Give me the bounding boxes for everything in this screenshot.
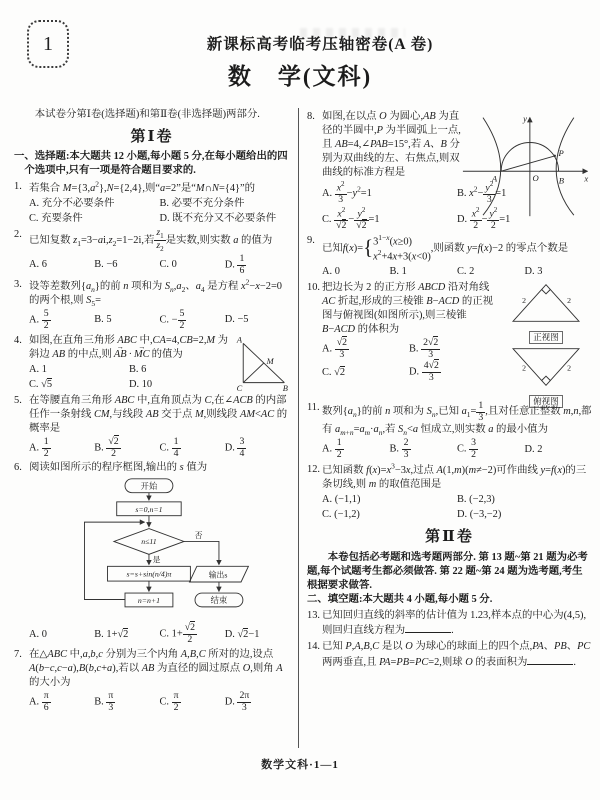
q10-front-view: 2 2 [502,281,590,325]
question-10-text: 把边长为 2 的正方形 ABCD 沿对角线 AC 折起,形成的三棱锥 B−ACD… [322,281,496,337]
question-9: 9. 已知f(x)={31−x(x≥0)x2+4x+3(x<0),则函数 y=f… [307,234,592,279]
question-11: 11. 数列{an}的前 n 项和为 Sn,已知 a1=13,且对任意正整数 m… [307,401,592,461]
question-12-option-c: C. (−1,2) [322,508,457,522]
q10-views-figure: 2 2 正视图 2 2 俯视图 [500,281,592,409]
two-column-body: 本试卷分第Ⅰ卷(选择题)和第Ⅱ卷(非选择题)两部分. 第Ⅰ卷 一、选择题:本大题… [14,108,592,748]
question-3-option-d: D. −5 [225,313,290,327]
paper-number: 1 [43,33,53,56]
question-13: 13. 已知回归直线的斜率的估计值为 1.23,样本点的中心为(4,5),则回归… [307,609,592,638]
question-10-options-row1: A. √23 B. 2√23 [322,338,496,361]
question-6-number: 6. [14,461,22,475]
right-column: 8. y [299,108,592,748]
flowchart-increment: n=n+1 [137,597,159,606]
question-6-option-c: C. 1+√22 [160,623,225,646]
question-3-option-c: C. −52 [160,309,225,332]
question-5-option-b: B. √22 [94,437,159,460]
paper-title: 新课标高考临考压轴密卷(A 卷) [70,32,570,54]
flowchart-output: 输出s [208,570,227,580]
question-12-text: 已知函数 f(x)=x3−3x,过点 A(1,m)(m≠−2)可作曲线 y=f(… [322,465,586,490]
question-14-number: 14. [307,640,320,654]
question-1-options-row1: A. 充分不必要条件 B. 必要不充分条件 [29,197,290,211]
question-1-number: 1. [14,180,22,194]
question-10-option-b: B. 2√23 [409,338,496,361]
flowchart-wrapper: 开始 s=0,n=1 n≤11 是 否 s=s+sin(n/4)π n=n+1 … [29,477,290,622]
question-7-option-b: B. π3 [94,691,159,714]
question-3: 3. 设等差数列{an}的前 n 项和为 Sn,a2、a4 是方程 x2−x−2… [14,278,290,331]
question-9-option-b: B. 1 [390,265,458,279]
part1-heading: 第Ⅰ卷 [14,127,290,147]
question-10-options-row2: C. √2 D. 4√23 [322,361,496,384]
q4-label-a: A [236,335,243,344]
question-11-option-b: B. 23 [390,438,458,461]
question-7-options: A. π6 B. π3 C. π2 D. 2π3 [29,691,290,714]
question-9-option-d: D. 3 [525,265,593,279]
question-7: 7. 在△ABC 中,a,b,c 分别为三个内角 A,B,C 所对的边,设点 A… [14,648,290,714]
q4-label-c: C [237,384,243,393]
q10-top-right-side: 2 [567,364,571,373]
question-1-option-b: B. 必要不充分条件 [160,197,291,211]
question-11-options: A. 12 B. 23 C. 32 D. 2 [322,438,592,461]
question-1-option-d: D. 既不充分又不必要条件 [160,212,291,226]
question-11-option-a: A. 12 [322,438,390,461]
question-2-number: 2. [14,228,22,242]
question-9-number: 9. [307,234,315,248]
q10-front-right-side: 2 [567,296,571,305]
question-8-text: 如图,在以点 O 为圆心,AB 为直径的半圆中,P 为半圆弧上一点,且 AB=4… [322,110,464,180]
section1-lead: 一、选择题:本大题共 12 小题,每小题 5 分,在每小题给出的四个选项中,只有… [14,150,290,178]
question-8-number: 8. [307,110,315,124]
question-8-option-a: A. x23−y2=1 [322,181,457,206]
question-6-options: A. 0 B. 1+√2 C. 1+√22 D. √2−1 [29,623,290,646]
q10-top-view: 2 2 [502,345,590,389]
question-12-options-row2: C. (−1,2) D. (−3,−2) [322,508,592,522]
question-4: 4. A M C B 如图,在直角三角形 ABC 中,CA=4,CB=2,M 为… [14,334,290,392]
question-2-options: A. 6 B. −6 C. 0 D. 16 [29,254,290,277]
flowchart-figure: 开始 s=0,n=1 n≤11 是 否 s=s+sin(n/4)π n=n+1 … [53,477,267,617]
q8-label-o: O [532,173,538,183]
question-7-option-c: C. π2 [160,691,225,714]
question-4-option-d: D. 10 [129,378,229,392]
question-1-text: 若集合 M={3,a2},N={2,4},则“a=2”是“M∩N={4}”的 [29,183,255,194]
question-7-number: 7. [14,648,22,662]
question-10-option-d: D. 4√23 [409,361,496,384]
question-6-option-a: A. 0 [29,628,94,642]
q8-hyperbola-figure: y x A O B P [460,110,594,220]
q10-front-caption: 正视图 [529,331,563,344]
question-9-options: A. 0 B. 1 C. 2 D. 3 [322,265,592,279]
question-6-option-d: D. √2−1 [225,628,290,642]
question-8-option-c: C. x2√2−y2√2=1 [322,207,457,232]
question-11-text: 数列{an}的前 n 项和为 Sn,已知 a1=13,且对任意正整数 m,n,都… [322,406,592,435]
question-14: 14. 已知 P,A,B,C 是以 O 为球心的球面上的四个点,PA、PB、PC… [307,640,592,669]
question-6-text: 阅读如图所示的程序框图,输出的 s 值为 [29,462,207,473]
question-4-number: 4. [14,334,22,348]
question-1-option-c: C. 充要条件 [29,212,160,226]
q4-label-b: B [283,384,288,393]
flowchart-init: s=0,n=1 [135,505,162,514]
flowchart-condition: n≤11 [141,538,157,547]
question-5-options: A. 12 B. √22 C. 14 D. 34 [29,437,290,460]
question-7-text: 在△ABC 中,a,b,c 分别为三个内角 A,B,C 所对的边,设点 A(b−… [29,649,283,688]
question-9-option-c: C. 2 [457,265,525,279]
question-10-number: 10. [307,281,320,295]
question-12-number: 12. [307,463,320,477]
question-3-option-a: A. 52 [29,309,94,332]
question-11-option-d: D. 2 [525,443,593,457]
question-7-option-a: A. π6 [29,691,94,714]
question-6: 6. 阅读如图所示的程序框图,输出的 s 值为 [14,461,290,646]
question-5-option-c: C. 14 [160,437,225,460]
question-5-option-d: D. 34 [225,437,290,460]
q4-label-m: M [266,356,275,365]
exam-intro: 本试卷分第Ⅰ卷(选择题)和第Ⅱ卷(非选择题)两部分. [14,108,290,122]
question-4-option-c: C. √5 [29,378,129,392]
q10-front-left-side: 2 [522,296,526,305]
flowchart-end: 结束 [210,596,227,606]
question-7-option-d: D. 2π3 [225,691,290,714]
question-12-option-b: B. (−2,3) [457,493,592,507]
left-column: 本试卷分第Ⅰ卷(选择题)和第Ⅱ卷(非选择题)两部分. 第Ⅰ卷 一、选择题:本大题… [14,108,299,748]
question-10-option-c: C. √2 [322,366,409,380]
page-footer: 数学文科·1—1 [0,756,600,772]
section2-lead: 二、填空题:本大题共 4 小题,每小题 5 分. [307,593,592,607]
question-5-number: 5. [14,394,22,408]
question-2-option-d: D. 16 [225,254,290,277]
question-5-text: 在等腰直角三角形 ABC 中,直角顶点为 C,在∠ACB 的内部任作一条射线 C… [29,395,287,434]
question-4-options-row2: C. √5 D. 10 [29,378,229,392]
question-13-text: 已知回归直线的斜率的估计值为 1.23,样本点的中心为(4,5),则回归直线方程… [322,610,586,636]
question-4-text: 如图,在直角三角形 ABC 中,CA=4,CB=2,M 为斜边 AB 的中点,则… [29,335,228,360]
question-2-text: 已知复数 z1=3−ai,z2=1−2i,若z1z2是实数,则实数 a 的值为 [29,235,272,246]
question-4-options-row1: A. 1 B. 6 [29,363,229,377]
question-9-text: 已知f(x)={31−x(x≥0)x2+4x+3(x<0),则函数 y=f(x)… [322,243,568,254]
question-3-options: A. 52 B. 5 C. −52 D. −5 [29,309,290,332]
flowchart-yes-label: 是 [152,556,160,565]
question-10: 10. 2 2 正视图 [307,281,592,399]
question-1-option-a: A. 充分不必要条件 [29,197,160,211]
question-5: 5. 在等腰直角三角形 ABC 中,直角顶点为 C,在∠ACB 的内部任作一条射… [14,394,290,460]
q8-label-x: x [583,174,588,184]
question-12-options-row1: A. (−1,1) B. (−2,3) [322,493,592,507]
q8-label-p: P [558,148,565,158]
question-4-option-a: A. 1 [29,363,129,377]
question-11-option-c: C. 32 [457,438,525,461]
question-12-option-a: A. (−1,1) [322,493,457,507]
q8-label-y: y [522,113,527,123]
part2-heading: 第Ⅱ卷 [307,527,592,547]
question-3-number: 3. [14,278,22,292]
question-2: 2. 已知复数 z1=3−ai,z2=1−2i,若z1z2是实数,则实数 a 的… [14,228,290,276]
question-12: 12. 已知函数 f(x)=x3−3x,过点 A(1,m)(m≠−2)可作曲线 … [307,463,592,523]
q10-top-left-side: 2 [522,364,526,373]
question-5-option-a: A. 12 [29,437,94,460]
q8-label-a: A [491,174,498,184]
exam-page: 1 新课标高考临考压轴密卷(A 卷) 数 学(文科) 本试卷分第Ⅰ卷(选择题)和… [0,0,600,800]
flowchart-body: s=s+sin(n/4)π [126,570,172,579]
question-2-option-c: C. 0 [160,258,225,272]
subject-title: 数 学(文科) [0,58,600,91]
question-1: 1. 若集合 M={3,a2},N={2,4},则“a=2”是“M∩N={4}”… [14,180,290,226]
question-3-text: 设等差数列{an}的前 n 项和为 Sn,a2、a4 是方程 x2−x−2=0 … [29,281,282,306]
question-14-text: 已知 P,A,B,C 是以 O 为球心的球面上的四个点,PA、PB、PC 两两垂… [322,641,590,667]
question-12-option-d: D. (−3,−2) [457,508,592,522]
question-10-option-a: A. √23 [322,338,409,361]
flowchart-no-label: 否 [194,531,202,540]
question-8: 8. y [307,110,592,232]
part2-description: 本卷包括必考题和选考题两部分. 第 13 题~第 21 题为必考题,每个试题考生… [307,551,592,593]
question-13-number: 13. [307,609,320,623]
question-2-option-b: B. −6 [94,258,159,272]
question-2-option-a: A. 6 [29,258,94,272]
question-3-option-b: B. 5 [94,313,159,327]
flowchart-start: 开始 [140,481,157,491]
q4-triangle-figure: A M C B [232,334,290,392]
question-4-option-b: B. 6 [129,363,229,377]
q8-label-b: B [559,176,565,186]
question-9-option-a: A. 0 [322,265,390,279]
question-1-options-row2: C. 充要条件 D. 既不充分又不必要条件 [29,212,290,226]
question-11-number: 11. [307,401,320,415]
question-6-option-b: B. 1+√2 [94,628,159,642]
